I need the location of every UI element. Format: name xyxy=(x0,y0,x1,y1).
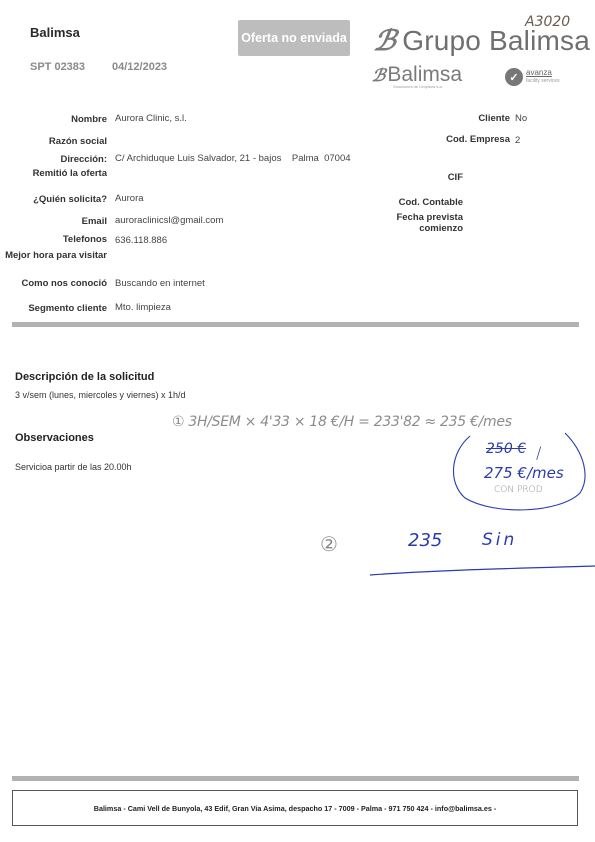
handwritten-logo-note: A3020 xyxy=(525,14,570,30)
avanza-name: avanza xyxy=(526,69,560,77)
handwritten-slash: / xyxy=(536,443,541,462)
label-direccion: Dirección: xyxy=(0,154,107,165)
value-como-nos-conocio: Buscando en internet xyxy=(115,278,205,289)
status-badge: Oferta no enviada xyxy=(238,20,350,56)
offer-reference: SPT 02383 xyxy=(30,61,85,73)
balimsa-b-icon: ℬ xyxy=(372,24,399,57)
avanza-logo: ✓ avanza facility services xyxy=(505,68,560,86)
handwritten-price-without-products: 235 xyxy=(408,530,442,551)
offer-date: 04/12/2023 xyxy=(112,61,167,73)
label-mejor-hora: Mejor hora para visitar xyxy=(0,250,107,262)
avanza-tagline: facility services xyxy=(526,77,560,85)
value-direccion: C/ Archiduque Luis Salvador, 21 - bajos … xyxy=(115,153,351,164)
value-email: auroraclinicsl@gmail.com xyxy=(115,215,223,226)
label-fecha-prevista: Fecha prevista comienzo xyxy=(390,212,463,234)
section-divider xyxy=(12,322,579,327)
handwritten-with-products-label: CON PROD xyxy=(494,485,543,495)
label-cod-empresa: Cod. Empresa xyxy=(390,134,510,145)
handwritten-marker-2: ② xyxy=(320,532,338,556)
value-nombre: Aurora Clinic, s.l. xyxy=(115,113,187,124)
label-cif: CIF xyxy=(390,172,463,183)
value-telefonos: 636.118.886 xyxy=(115,235,167,246)
checkmark-icon: ✓ xyxy=(505,68,523,86)
value-cod-empresa: 2 xyxy=(515,135,520,146)
label-email: Email xyxy=(0,216,107,227)
observations-text: Servicioa partir de las 20.00h xyxy=(15,462,132,472)
handwritten-strikethrough-price: 250 € xyxy=(486,441,526,457)
label-como-nos-conocio: Como nos conoció xyxy=(0,278,107,289)
balimsa-b-icon: ℬ xyxy=(371,66,387,86)
observations-title: Observaciones xyxy=(15,432,94,444)
handwritten-without-label: Sin xyxy=(482,530,517,550)
footer-divider xyxy=(12,776,579,781)
label-cliente: Cliente xyxy=(390,113,510,124)
label-quien-solicita: ¿Quién solicita? xyxy=(0,194,107,205)
company-name: Balimsa xyxy=(30,25,80,40)
handwritten-price-with-products: 275 €/mes xyxy=(484,464,564,482)
value-segmento-cliente: Mto. limpieza xyxy=(115,302,171,313)
value-quien-solicita: Aurora xyxy=(115,193,144,204)
logo-sub-tagline: Soluciones de Limpieza s.a. xyxy=(393,84,443,89)
handwritten-underline xyxy=(368,562,595,580)
label-remitio-oferta: Remitió la oferta xyxy=(0,168,107,179)
logo-sub-text: Balimsa xyxy=(387,63,462,86)
footer-address: Balimsa - Cami Vell de Bunyola, 43 Edif,… xyxy=(12,790,578,826)
label-segmento-cliente: Segmento cliente xyxy=(0,303,107,314)
request-text: 3 v/sem (lunes, miercoles y viernes) x 1… xyxy=(15,390,186,400)
label-nombre: Nombre xyxy=(0,114,107,125)
value-cliente: No xyxy=(515,113,527,124)
request-title: Descripción de la solicitud xyxy=(15,371,154,383)
label-telefonos: Telefonos xyxy=(0,234,107,245)
label-cod-contable: Cod. Contable xyxy=(380,197,463,208)
label-razon-social: Razón social xyxy=(0,136,107,147)
